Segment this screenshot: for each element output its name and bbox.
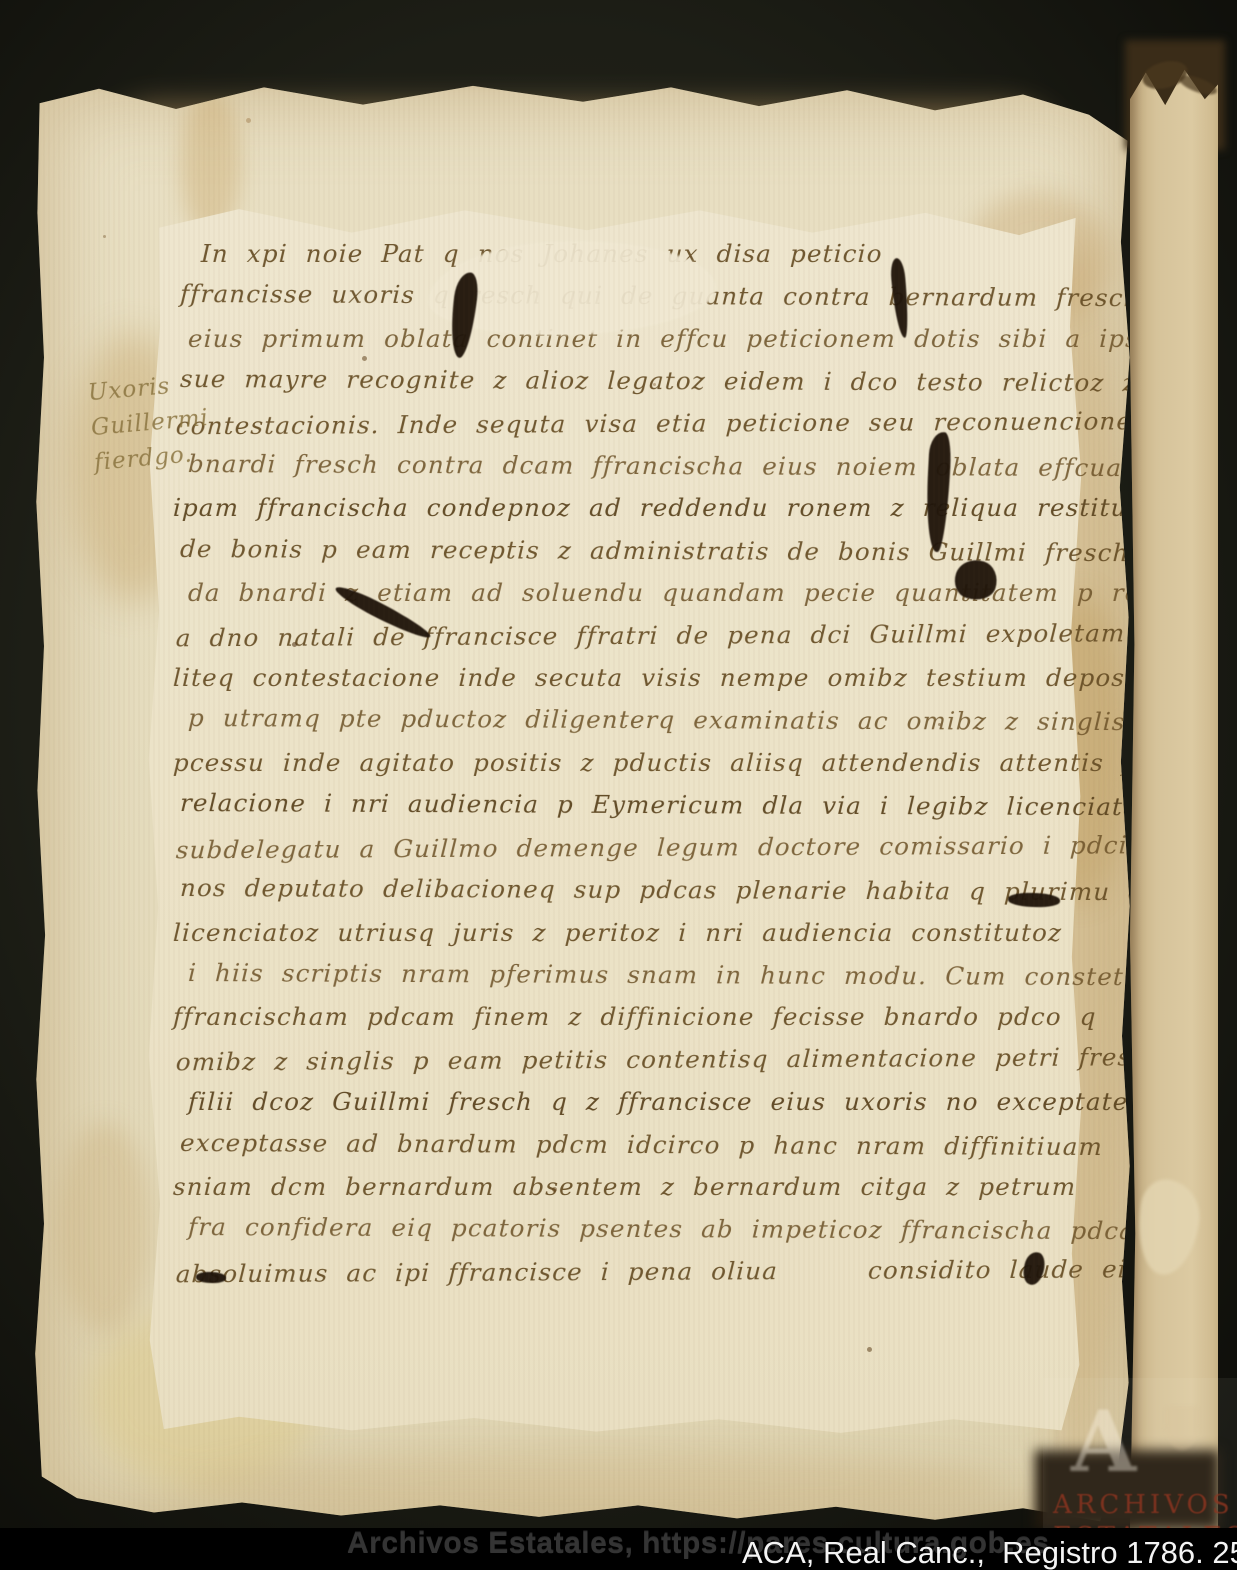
tan-stain xyxy=(1018,233,1133,1483)
reference-text: ACA, Real Canc., Registro 1786. 259V xyxy=(742,1535,1237,1570)
manuscript-line: bnardi fresch contra dcam ffrancischa ei… xyxy=(187,443,1079,489)
ink-blot xyxy=(1008,892,1060,908)
manuscript-line: subdelegatu a Guillmo demenge legum doct… xyxy=(175,824,1079,871)
manuscript-line: licenciatoz utriusq juris z peritoz i nr… xyxy=(172,912,1078,954)
manuscript-line: fra confidera eiq pcatoris psentes ab im… xyxy=(187,1206,1079,1252)
tan-stain xyxy=(181,89,241,239)
tan-stain xyxy=(57,1123,152,1333)
manuscript-line: absoluimus ac ipi ffrancisce i pena oliu… xyxy=(175,1248,1079,1295)
damage-patch xyxy=(426,236,717,340)
manuscript-line: ffrancisse uxoris q resch qui de guanta … xyxy=(179,273,1079,319)
adjacent-folio-edge xyxy=(1130,55,1218,1528)
ink-blot xyxy=(447,271,480,359)
tan-stain xyxy=(183,1448,1003,1518)
manuscript-line: eius primum oblata continet in effcu pet… xyxy=(187,318,1078,360)
watermark-shield-icon xyxy=(1165,1406,1199,1450)
manuscript-line: ipam ffrancischa condepnoz ad reddendu r… xyxy=(172,487,1078,529)
margin-note-line: Uxoris xyxy=(87,366,208,411)
ink-blot xyxy=(950,554,1002,605)
manuscript-line: omibz z singlis p eam petitis contentisq… xyxy=(175,1036,1079,1083)
yellow-stain xyxy=(88,1308,318,1488)
manuscript-line: liteq contestacione inde secuta visis ne… xyxy=(172,657,1078,699)
manuscript-line: nos deputato delibacioneq sup pdcas plen… xyxy=(179,867,1079,913)
manuscript-line: ffrancischam pdcam finem z diffinicione … xyxy=(172,996,1078,1038)
margin-note-line: fierdgo. xyxy=(93,436,214,481)
margin-note: UxorisGuillermifierdgo. xyxy=(87,366,214,481)
manuscript-line: i hiis scriptis nram pferimus snam in hu… xyxy=(187,952,1079,998)
ink-blot xyxy=(1021,1250,1047,1286)
tan-stain xyxy=(963,193,1113,323)
manuscript-line: contestacionis. Inde sequta visa etia pe… xyxy=(175,400,1079,447)
writing-area xyxy=(145,203,1085,1439)
manuscript-line: p utramq pte pductoz diligenterq examina… xyxy=(187,698,1079,744)
ink-blot xyxy=(890,258,911,339)
tan-stain xyxy=(1033,593,1128,903)
manuscript-text: In xpi noie Pat q nos Johanes ux disa pe… xyxy=(173,233,1078,1293)
manuscript-line: relacione i nri audiencia p Eymericum dl… xyxy=(179,782,1079,828)
manuscript-line: exceptasse ad bnardum pdcm idcirco p han… xyxy=(179,1122,1079,1168)
manuscript-line: sue mayre recognite z alioz legatoz eide… xyxy=(179,358,1079,404)
manuscript-line: pcessu inde agitato positis z pductis al… xyxy=(172,742,1078,784)
manuscript-line: a dno natali de ffrancisce ffratri de pe… xyxy=(175,612,1079,659)
watermark-letter: A xyxy=(1071,1392,1136,1491)
ink-blot xyxy=(332,582,433,643)
manuscript-line: de bonis p eam receptis z administratis … xyxy=(179,528,1079,574)
vertical-crease xyxy=(1055,223,1058,1463)
manuscript-line: da bnardi z etiam ad soluendu quandam pe… xyxy=(187,572,1078,614)
watermark-line: ARCHIVOS xyxy=(1053,1490,1234,1520)
tan-stain xyxy=(69,333,199,603)
manuscript-page: In xpi noie Pat q nos Johanes ux disa pe… xyxy=(33,83,1133,1527)
manuscript-line: filii dcoz Guillmi fresch q z ffrancisce… xyxy=(187,1081,1078,1123)
margin-note-line: Guillermi xyxy=(90,401,211,446)
manuscript-line: sniam dcm bernardum absentem z bernardum… xyxy=(172,1166,1078,1208)
ink-blot xyxy=(196,1271,226,1283)
ink-blot xyxy=(924,432,952,553)
manuscript-line: In xpi noie Pat q nos Johanes ux disa pe… xyxy=(200,233,1078,275)
